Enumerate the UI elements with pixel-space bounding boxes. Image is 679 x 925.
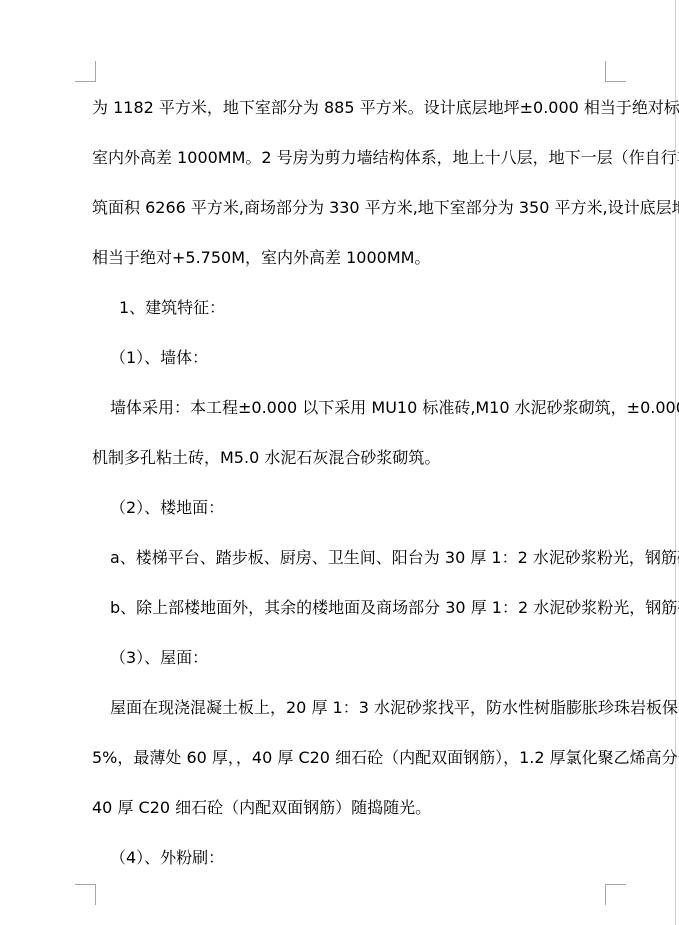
document-page: 为 1182 平方米，地下室部分为 885 平方米。设计底层地坪±0.000 相… xyxy=(0,0,679,925)
doc-line: 5%，最薄处 60 厚，，40 厚 C20 细石砼（内配双面钢筋），1.2 厚氯… xyxy=(92,733,614,783)
doc-heading-building-features: 1、建筑特征： xyxy=(92,283,614,333)
doc-heading-floors: （2）、楼地面： xyxy=(92,483,614,533)
doc-heading-roof: （3）、屋面： xyxy=(92,633,614,683)
doc-line: b、除上部楼地面外，其余的楼地面及商场部分 30 厚 1：2 水泥砂浆粉光，钢筋… xyxy=(92,583,614,633)
page-right-edge xyxy=(675,0,676,925)
doc-heading-exterior-plaster: （4）、外粉刷： xyxy=(92,833,614,883)
doc-line: 墙体采用：本工程±0.000 以下采用 MU10 标准砖,M10 水泥砂浆砌筑，… xyxy=(92,383,614,433)
doc-line: 相当于绝对+5.750M，室内外高差 1000MM。 xyxy=(92,233,614,283)
doc-line: 40 厚 C20 细石砼（内配双面钢筋）随捣随光。 xyxy=(92,783,614,833)
crop-mark-bottom-right xyxy=(605,884,626,905)
doc-line: 机制多孔粘土砖，M5.0 水泥石灰混合砂浆砌筑。 xyxy=(92,433,614,483)
crop-mark-top-right xyxy=(605,61,626,82)
crop-mark-bottom-left xyxy=(75,884,96,905)
doc-line: 筑面积 6266 平方米,商场部分为 330 平方米,地下室部分为 350 平方… xyxy=(92,183,614,233)
doc-line: 室内外高差 1000MM。2 号房为剪力墙结构体系，地上十八层，地下一层（作自行… xyxy=(92,133,614,183)
document-text: 为 1182 平方米，地下室部分为 885 平方米。设计底层地坪±0.000 相… xyxy=(92,83,614,883)
doc-heading-walls: （1）、墙体： xyxy=(92,333,614,383)
doc-line: 为 1182 平方米，地下室部分为 885 平方米。设计底层地坪±0.000 相… xyxy=(92,83,614,133)
crop-mark-top-left xyxy=(75,61,96,82)
doc-line: a、楼梯平台、踏步板、厨房、卫生间、阳台为 30 厚 1：2 水泥砂浆粉光，钢筋… xyxy=(92,533,614,583)
doc-line: 屋面在现浇混凝土板上，20 厚 1：3 水泥砂浆找平，防水性树脂膨胀珍珠岩板保温… xyxy=(92,683,614,733)
